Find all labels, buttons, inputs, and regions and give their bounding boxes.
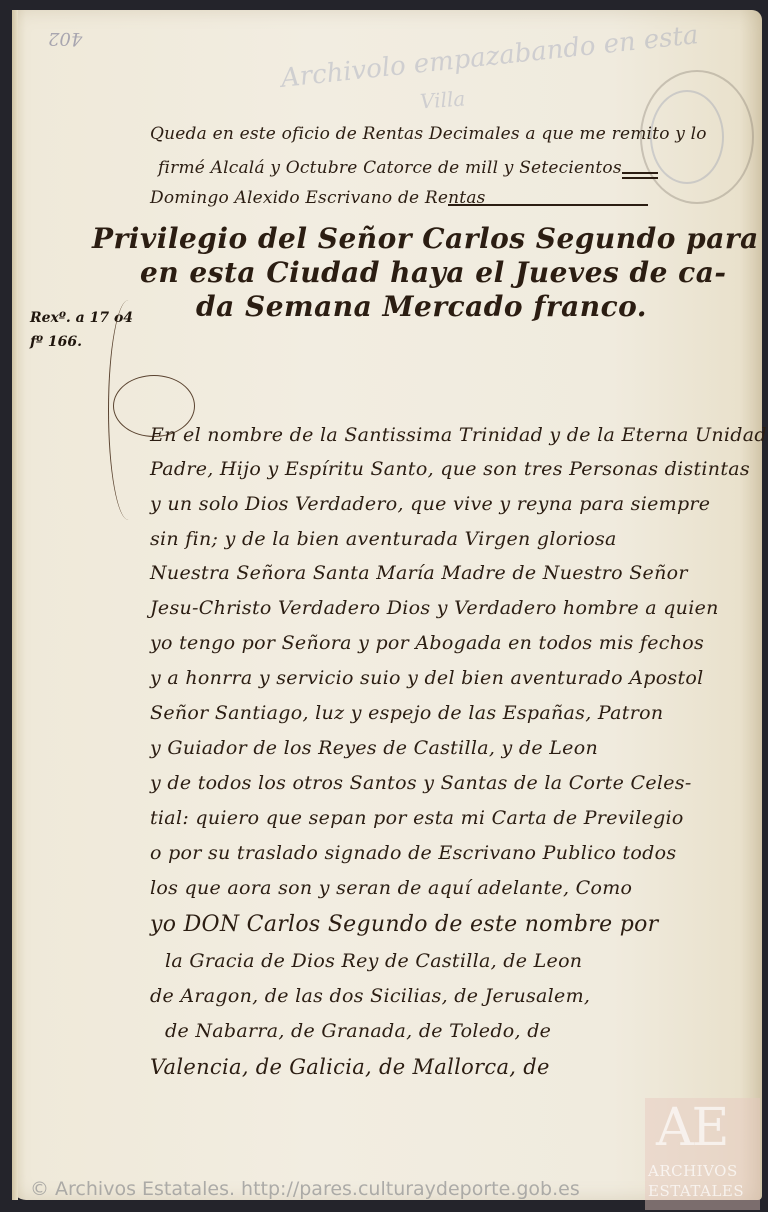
document-title-line: Privilegio del Señor Carlos Segundo para… — [92, 222, 768, 255]
body-line: de Nabarra, de Granada, de Toledo, de — [165, 1020, 551, 1042]
rule-double — [622, 177, 658, 179]
body-line: yo DON Carlos Segundo de este nombre por — [150, 912, 658, 937]
document-title-line: da Semana Mercado franco. — [196, 290, 647, 323]
page-binding-edge — [12, 10, 18, 1200]
body-line: Padre, Hijo y Espíritu Santo, que son tr… — [150, 458, 750, 480]
body-line: tial: quiero que sepan por esta mi Carta… — [150, 807, 684, 829]
body-line: y un solo Dios Verdadero, que vive y rey… — [150, 493, 710, 515]
body-line: Señor Santiago, luz y espejo de las Espa… — [150, 702, 663, 724]
archive-logo-icon: AE — [656, 1098, 728, 1158]
copyright-notice: © Archivos Estatales. http://pares.cultu… — [30, 1178, 580, 1200]
body-line: y a honrra y servicio suio y del bien av… — [150, 667, 704, 689]
header-line: Queda en este oficio de Rentas Decimales… — [150, 124, 707, 144]
body-line: y de todos los otros Santos y Santas de … — [150, 772, 692, 794]
watermark-line1: ARCHIVOS — [648, 1162, 738, 1180]
body-line: los que aora son y seran de aquí adelant… — [150, 877, 632, 899]
body-line: yo tengo por Señora y por Abogada en tod… — [150, 632, 704, 654]
header-line: firmé Alcalá y Octubre Catorce de mill y… — [158, 158, 622, 178]
header-line: Domingo Alexido Escrivano de Rentas — [150, 188, 486, 208]
body-line: de Aragon, de las dos Sicilias, de Jerus… — [150, 985, 590, 1007]
body-line: Nuestra Señora Santa María Madre de Nues… — [150, 562, 688, 584]
watermark-line2: ESTATALES — [648, 1182, 744, 1200]
body-line: y Guiador de los Reyes de Castilla, y de… — [150, 737, 598, 759]
rule-line — [448, 204, 648, 206]
folio-number: 402 — [48, 28, 82, 49]
margin-note-folio: fº 166. — [30, 334, 82, 350]
body-line: Jesu-Christo Verdadero Dios y Verdadero … — [150, 597, 719, 619]
document-title-line: en esta Ciudad haya el Jueves de ca- — [140, 256, 726, 289]
body-line: o por su traslado signado de Escrivano P… — [150, 842, 676, 864]
body-line: sin fin; y de la bien aventurada Virgen … — [150, 528, 617, 550]
body-line: En el nombre de la Santissima Trinidad y… — [150, 424, 767, 446]
body-line: Valencia, de Galicia, de Mallorca, de — [150, 1055, 550, 1079]
rule-double — [622, 172, 658, 174]
body-line: la Gracia de Dios Rey de Castilla, de Le… — [165, 950, 582, 972]
